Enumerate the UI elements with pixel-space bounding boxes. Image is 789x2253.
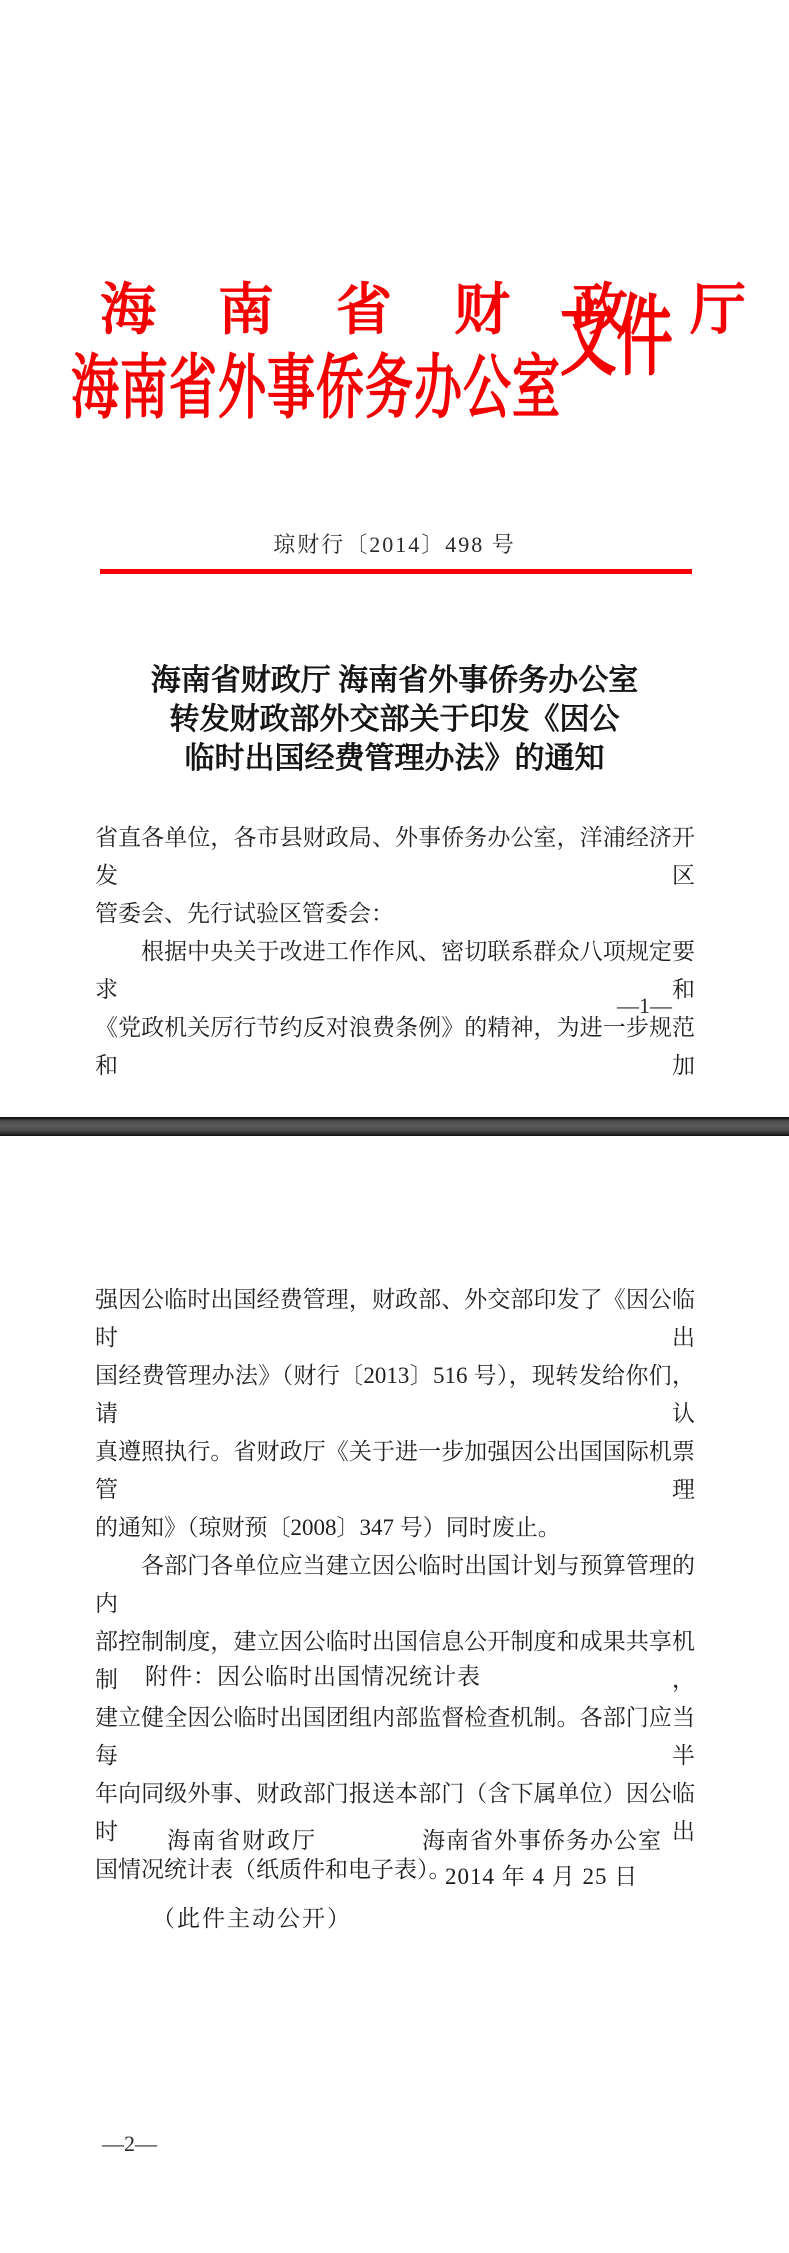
body-line: 《党政机关厉行节约反对浪费条例》的精神，为进一步规范和加 — [95, 1009, 695, 1085]
signature-issuer-left: 海南省财政厅 — [167, 1822, 317, 1855]
page1-body: 省直各单位，各市县财政局、外事侨务办公室，洋浦经济开发区 管委会、先行试验区管委… — [95, 819, 695, 1085]
body-line: 管委会、先行试验区管委会： — [95, 895, 695, 933]
document-title: 海南省财政厅 海南省外事侨务办公室 转发财政部外交部关于印发《因公 临时出国经费… — [0, 661, 789, 778]
document-title-line: 临时出国经费管理办法》的通知 — [0, 739, 789, 778]
page2-body: 强因公临时出国经费管理，财政部、外交部印发了《因公临时出 国经费管理办法》（财行… — [95, 1281, 695, 1889]
document-title-line: 转发财政部外交部关于印发《因公 — [0, 700, 789, 739]
body-line: 真遵照执行。省财政厅《关于进一步加强因公出国国际机票管理 — [95, 1433, 695, 1509]
body-line: 省直各单位，各市县财政局、外事侨务办公室，洋浦经济开发区 — [95, 819, 695, 895]
body-line: 的通知》（琼财预〔2008〕347 号）同时废止。 — [95, 1509, 695, 1547]
agency-name-line2: 海南省外事侨务办公室 — [71, 352, 561, 429]
body-line: 建立健全因公临时出国团组内部监督检查机制。各部门应当每半 — [95, 1699, 695, 1775]
doc-number: 琼财行〔2014〕498 号 — [0, 528, 789, 559]
scanned-document: 海 南 省 财 政 厅 海南省外事侨务办公室 文件 琼财行〔2014〕498 号… — [0, 0, 789, 2253]
signature-date: 2014 年 4 月 25 日 — [445, 1858, 638, 1891]
disclosure-note: （此件主动公开） — [152, 1900, 352, 1933]
body-line: 各部门各单位应当建立因公临时出国计划与预算管理的内 — [95, 1547, 695, 1623]
page-number-2: —2— — [102, 2131, 157, 2157]
red-separator-rule — [100, 569, 692, 574]
page-divider — [0, 1117, 789, 1136]
doc-type-label: 文件 — [560, 288, 673, 389]
attachment-note: 附件：因公临时出国情况统计表 — [145, 1658, 481, 1691]
body-line: 强因公临时出国经费管理，财政部、外交部印发了《因公临时出 — [95, 1281, 695, 1357]
signature-issuer-right: 海南省外事侨务办公室 — [422, 1822, 662, 1855]
page-number-1: —1— — [95, 993, 672, 1019]
body-line: 国经费管理办法》（财行〔2013〕516 号），现转发给你们，请认 — [95, 1357, 695, 1433]
document-title-line: 海南省财政厅 海南省外事侨务办公室 — [0, 661, 789, 700]
